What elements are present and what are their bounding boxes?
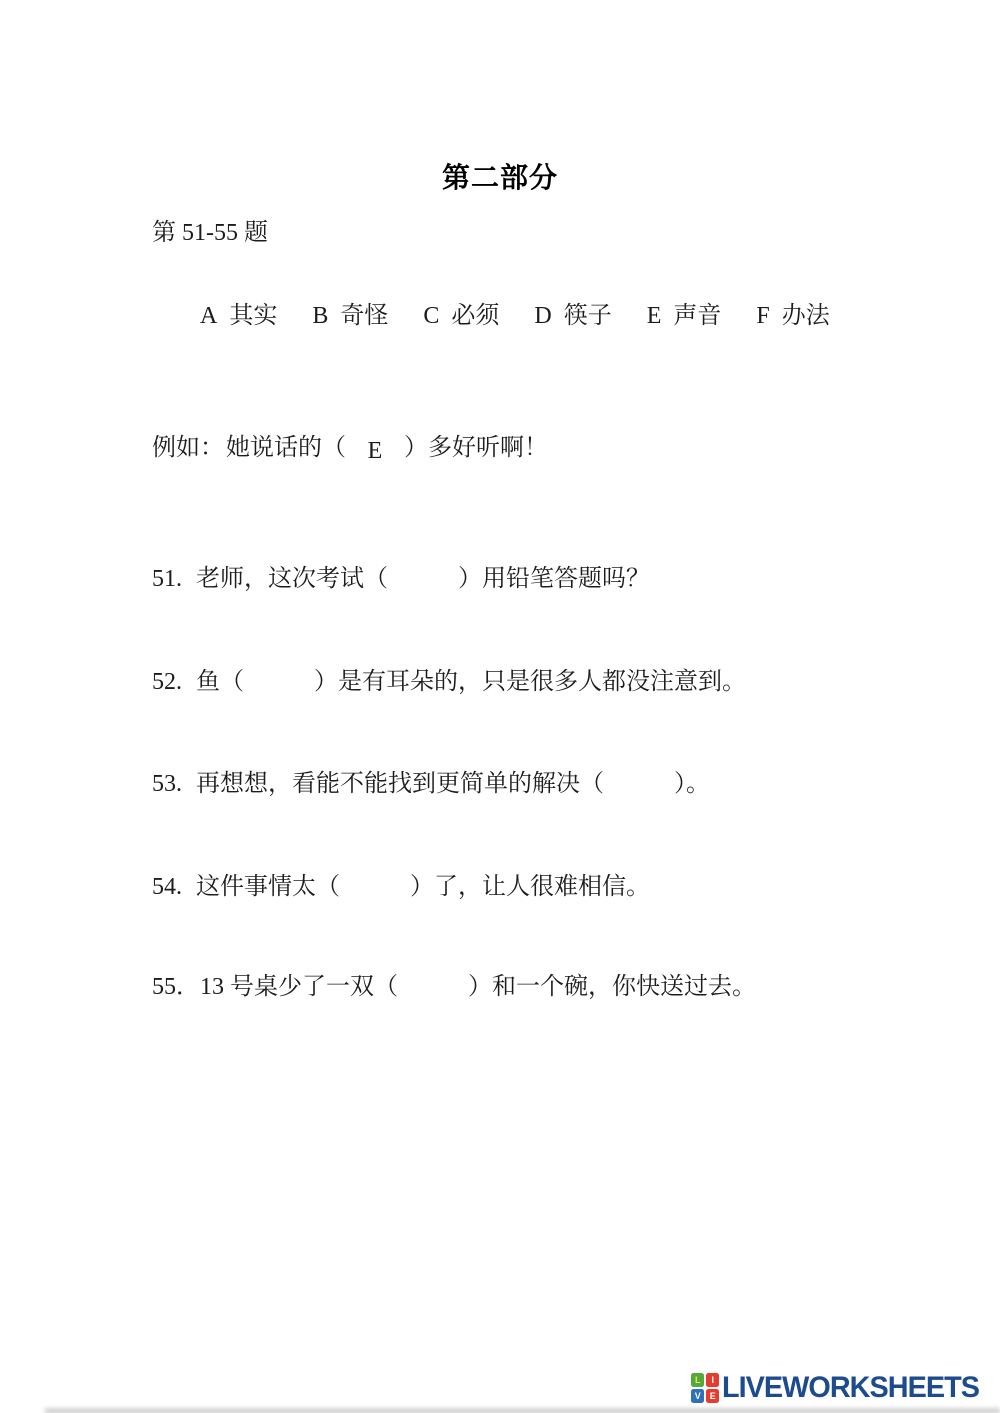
word-option-d: D筷子 — [534, 295, 611, 330]
logo-tile-l: L — [691, 1373, 704, 1387]
question-text-after: ）。 — [674, 771, 710, 797]
option-letter: A — [200, 303, 217, 330]
option-word: 筷子 — [564, 303, 612, 329]
question-text-after: ）了，让人很难相信。 — [410, 874, 650, 900]
question-text-after: ）用铅笔答题吗？ — [458, 566, 650, 592]
question-text-before: 这件事情太（ — [196, 874, 340, 900]
liveworksheets-tiles-icon: L I V E — [691, 1373, 719, 1403]
answer-blank-55[interactable] — [398, 977, 468, 1001]
section-title: 第二部分 — [0, 156, 1000, 196]
question-55: 55．13 号桌少了一双（）和一个碗，你快送过去。 — [152, 966, 756, 1001]
option-letter: C — [423, 303, 439, 330]
word-option-b: B奇怪 — [312, 295, 388, 330]
question-52: 52.鱼（）是有耳朵的，只是很多人都没注意到。 — [152, 661, 746, 696]
word-bank: A其实 B奇怪 C必须 D筷子 E声音 F办法 — [200, 295, 830, 330]
option-word: 必须 — [451, 303, 499, 329]
option-letter: D — [534, 303, 551, 330]
question-range-label: 第 51-55 题 — [152, 212, 268, 247]
question-53: 53.再想想，看能不能找到更简单的解决（）。 — [152, 763, 710, 798]
example-text-after: ）多好听啊！ — [404, 435, 548, 461]
answer-blank-51[interactable] — [388, 569, 458, 593]
example-sentence: 例如：她说话的（E）多好听啊！ — [152, 427, 548, 462]
word-option-e: E声音 — [647, 295, 722, 330]
answer-blank-53[interactable] — [604, 774, 674, 798]
liveworksheets-wordmark: LIVEWORKSHEETS — [722, 1371, 979, 1405]
question-text-before: 老师，这次考试（ — [196, 566, 388, 592]
question-text-before: 再想想，看能不能找到更简单的解决（ — [196, 771, 604, 797]
option-word: 办法 — [782, 303, 830, 329]
question-number: 55． — [152, 966, 200, 1001]
example-answer: E — [346, 438, 404, 462]
question-text-after: ）是有耳朵的，只是很多人都没注意到。 — [314, 669, 746, 695]
answer-blank-54[interactable] — [340, 877, 410, 901]
question-number: 53. — [152, 771, 196, 798]
logo-tile-v: V — [691, 1389, 704, 1403]
question-number: 51. — [152, 566, 196, 593]
option-letter: F — [756, 303, 769, 330]
option-word: 奇怪 — [340, 303, 388, 329]
word-option-c: C必须 — [423, 295, 499, 330]
question-text-after: ）和一个碗，你快送过去。 — [468, 974, 756, 1000]
option-letter: B — [312, 303, 328, 330]
worksheet-page: 第二部分 第 51-55 题 A其实 B奇怪 C必须 D筷子 E声音 F办法 例… — [0, 0, 1000, 1413]
question-number: 54. — [152, 874, 196, 901]
question-text-before: 13 号桌少了一双（ — [200, 974, 398, 1000]
logo-tile-e: E — [706, 1389, 719, 1403]
example-text-before: 她说话的（ — [226, 435, 346, 461]
next-page-cutoff-strip — [45, 1408, 1000, 1413]
option-word: 其实 — [229, 303, 277, 329]
question-54: 54.这件事情太（）了，让人很难相信。 — [152, 866, 650, 901]
word-option-f: F办法 — [756, 295, 829, 330]
option-word: 声音 — [673, 303, 721, 329]
option-letter: E — [647, 303, 662, 330]
question-51: 51.老师，这次考试（）用铅笔答题吗？ — [152, 558, 650, 593]
word-option-a: A其实 — [200, 295, 277, 330]
logo-tile-i: I — [706, 1373, 719, 1387]
liveworksheets-logo: L I V E LIVEWORKSHEETS — [691, 1371, 990, 1405]
answer-blank-52[interactable] — [244, 672, 314, 696]
question-text-before: 鱼（ — [196, 669, 244, 695]
question-number: 52. — [152, 669, 196, 696]
example-label: 例如： — [152, 427, 224, 462]
